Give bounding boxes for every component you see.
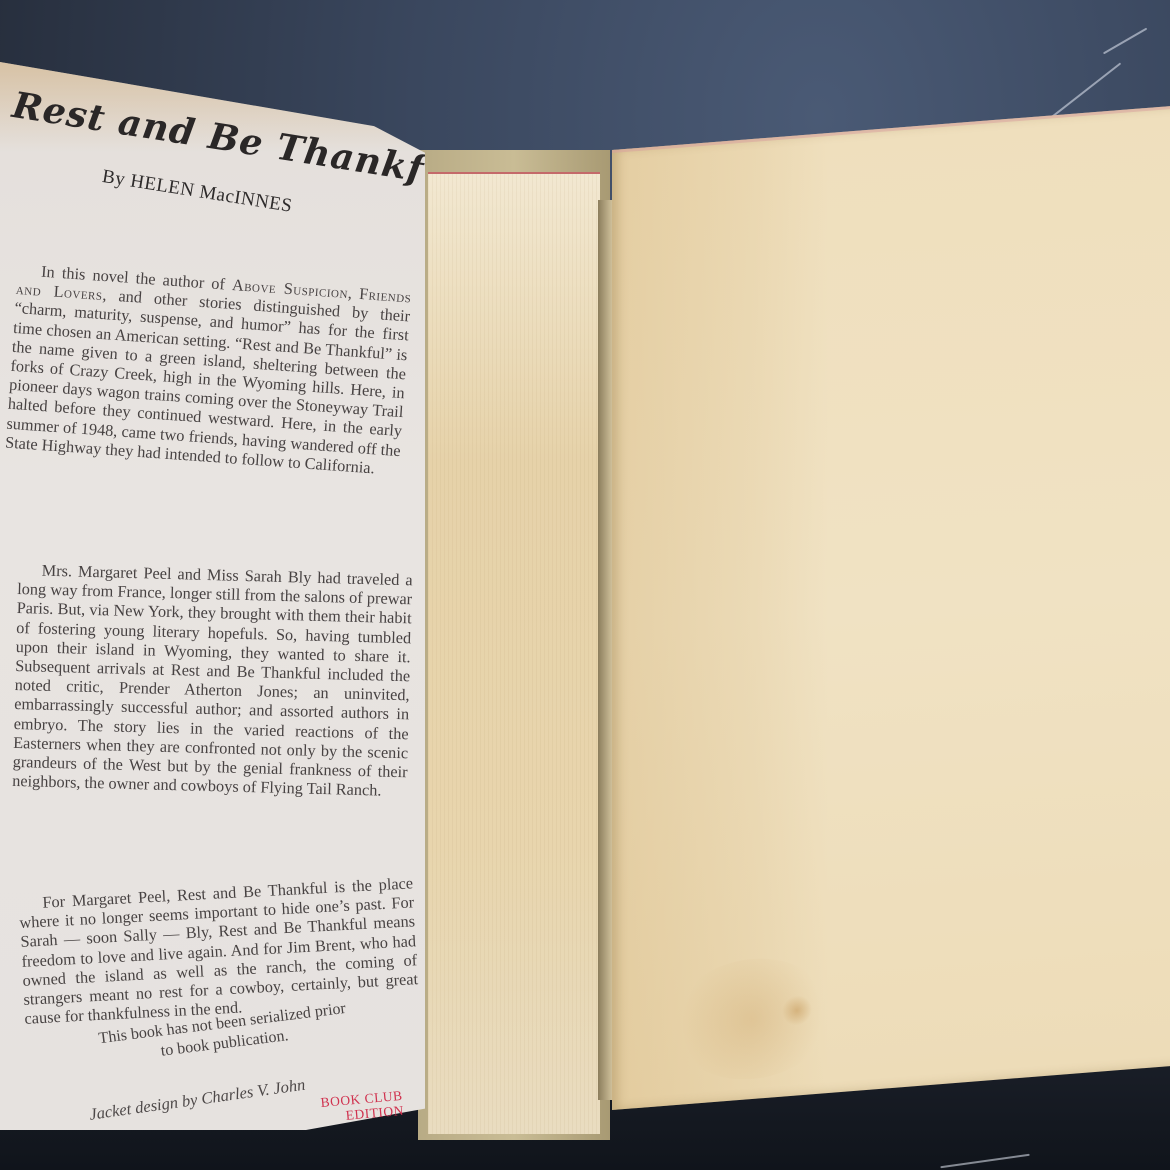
dust-jacket-flap: Rest and Be Thankful By HELEN MacINNES I… <box>0 62 425 1130</box>
text-segment: , and other stories distinguished by the… <box>5 285 411 477</box>
synopsis-paragraph-3: For Margaret Peel, Rest and Be Thankful … <box>18 873 419 1028</box>
right-endpaper-page <box>612 105 1170 1110</box>
foxing-stain <box>672 953 832 1086</box>
synopsis-paragraph-1: In this novel the author of Above Suspic… <box>5 260 412 479</box>
gutter-endpaper <box>428 172 600 1134</box>
synopsis-paragraph-2: Mrs. Margaret Peel and Miss Sarah Bly ha… <box>12 560 413 801</box>
